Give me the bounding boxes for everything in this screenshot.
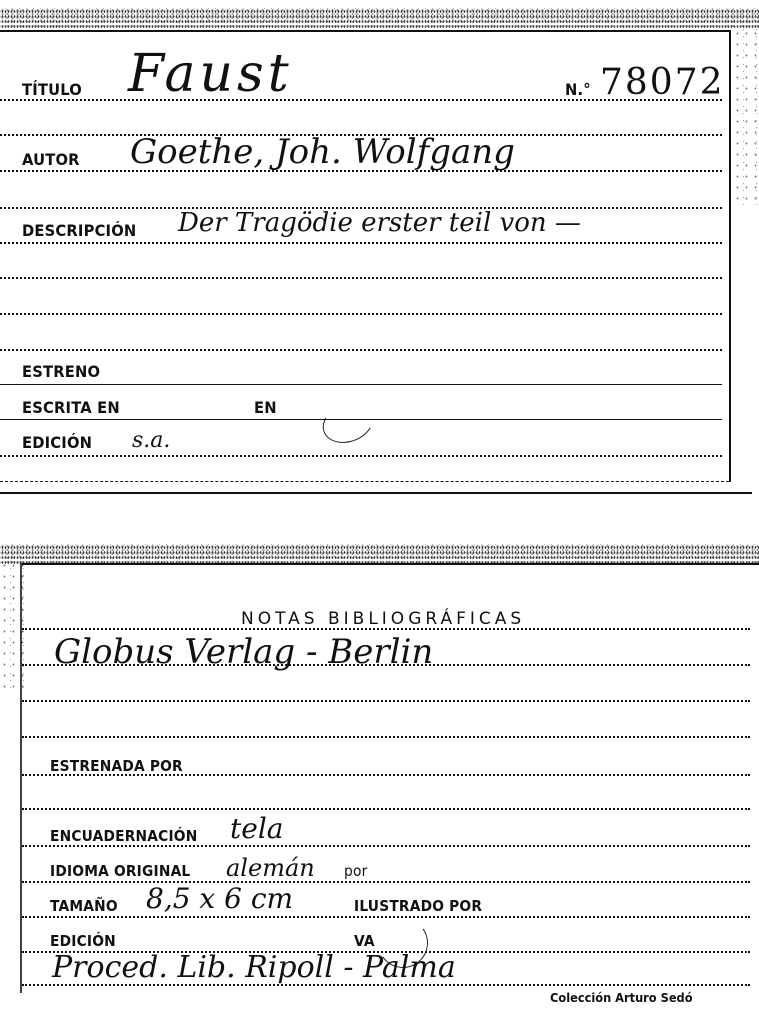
notas-title: NOTAS BIBLIOGRÁFICAS xyxy=(241,609,525,629)
rule-edicion xyxy=(0,455,722,457)
tamano-value: 8,5 x 6 cm xyxy=(146,882,293,915)
escrita-en-label: ESCRITA EN xyxy=(22,398,120,417)
card-back-top-border xyxy=(22,563,759,565)
rule-titulo xyxy=(0,99,722,101)
estrenada-por-label: ESTRENADA POR xyxy=(50,757,183,775)
edicion-back-label: EDICIÓN xyxy=(50,932,116,950)
edicion-value: s.a. xyxy=(132,428,170,453)
rule-estreno xyxy=(0,384,722,385)
rule-encuadernacion xyxy=(22,845,750,847)
rule-idioma xyxy=(22,881,750,883)
collection-credit: Colección Arturo Sedó xyxy=(550,991,693,1005)
card-right-border xyxy=(729,30,731,482)
autor-value: Goethe, Joh. Wolfgang xyxy=(130,132,515,172)
numero-value: 78072 xyxy=(600,62,725,103)
idioma-original-suffix: por xyxy=(344,862,367,880)
stamp-mark xyxy=(317,396,379,449)
encuadernacion-label: ENCUADERNACIÓN xyxy=(50,827,197,845)
edicion-label: EDICIÓN xyxy=(22,433,92,452)
rule-blank-b3 xyxy=(22,808,750,810)
scan-noise-left xyxy=(0,560,26,690)
notas-value: Globus Verlag - Berlin xyxy=(54,632,433,672)
titulo-value: Faust xyxy=(128,44,293,104)
tamano-label: TAMAÑO xyxy=(50,897,118,915)
idioma-original-value: alemán xyxy=(226,854,315,882)
card-top-border xyxy=(0,30,731,32)
card-separator xyxy=(0,492,752,494)
scan-noise-right xyxy=(733,28,759,208)
estreno-label: ESTRENO xyxy=(22,362,100,381)
encuadernacion-value: tela xyxy=(230,812,283,845)
rule-procedencia xyxy=(22,984,750,986)
descripcion-value: Der Tragödie erster teil von — xyxy=(178,208,581,238)
rule-notas-2 xyxy=(22,664,750,666)
rule-estrenada xyxy=(22,774,750,776)
escrita-en-en-label: EN xyxy=(254,398,277,417)
ilustrado-por-label: ILUSTRADO POR xyxy=(354,897,482,915)
rule-blank-4 xyxy=(0,313,722,315)
rule-autor xyxy=(0,170,722,172)
rule-blank-b2 xyxy=(22,736,750,738)
numero-label: N.° xyxy=(565,80,591,99)
scan-noise-top xyxy=(0,8,759,28)
va-label: VA xyxy=(354,932,375,950)
rule-blank-b1 xyxy=(22,700,750,702)
procedencia-value: Proced. Lib. Ripoll - Palma xyxy=(52,950,456,985)
rule-notas xyxy=(22,628,750,630)
titulo-label: TÍTULO xyxy=(22,80,82,99)
scan-noise-top-back xyxy=(0,544,759,564)
autor-label: AUTOR xyxy=(22,150,80,169)
rule-blank-5 xyxy=(0,349,722,351)
idioma-original-label: IDIOMA ORIGINAL xyxy=(50,862,190,880)
descripcion-label: DESCRIPCIÓN xyxy=(22,221,136,240)
rule-tamano xyxy=(22,916,750,918)
rule-bottom xyxy=(0,481,729,482)
rule-descripcion xyxy=(0,242,722,244)
rule-blank-3 xyxy=(0,277,722,279)
